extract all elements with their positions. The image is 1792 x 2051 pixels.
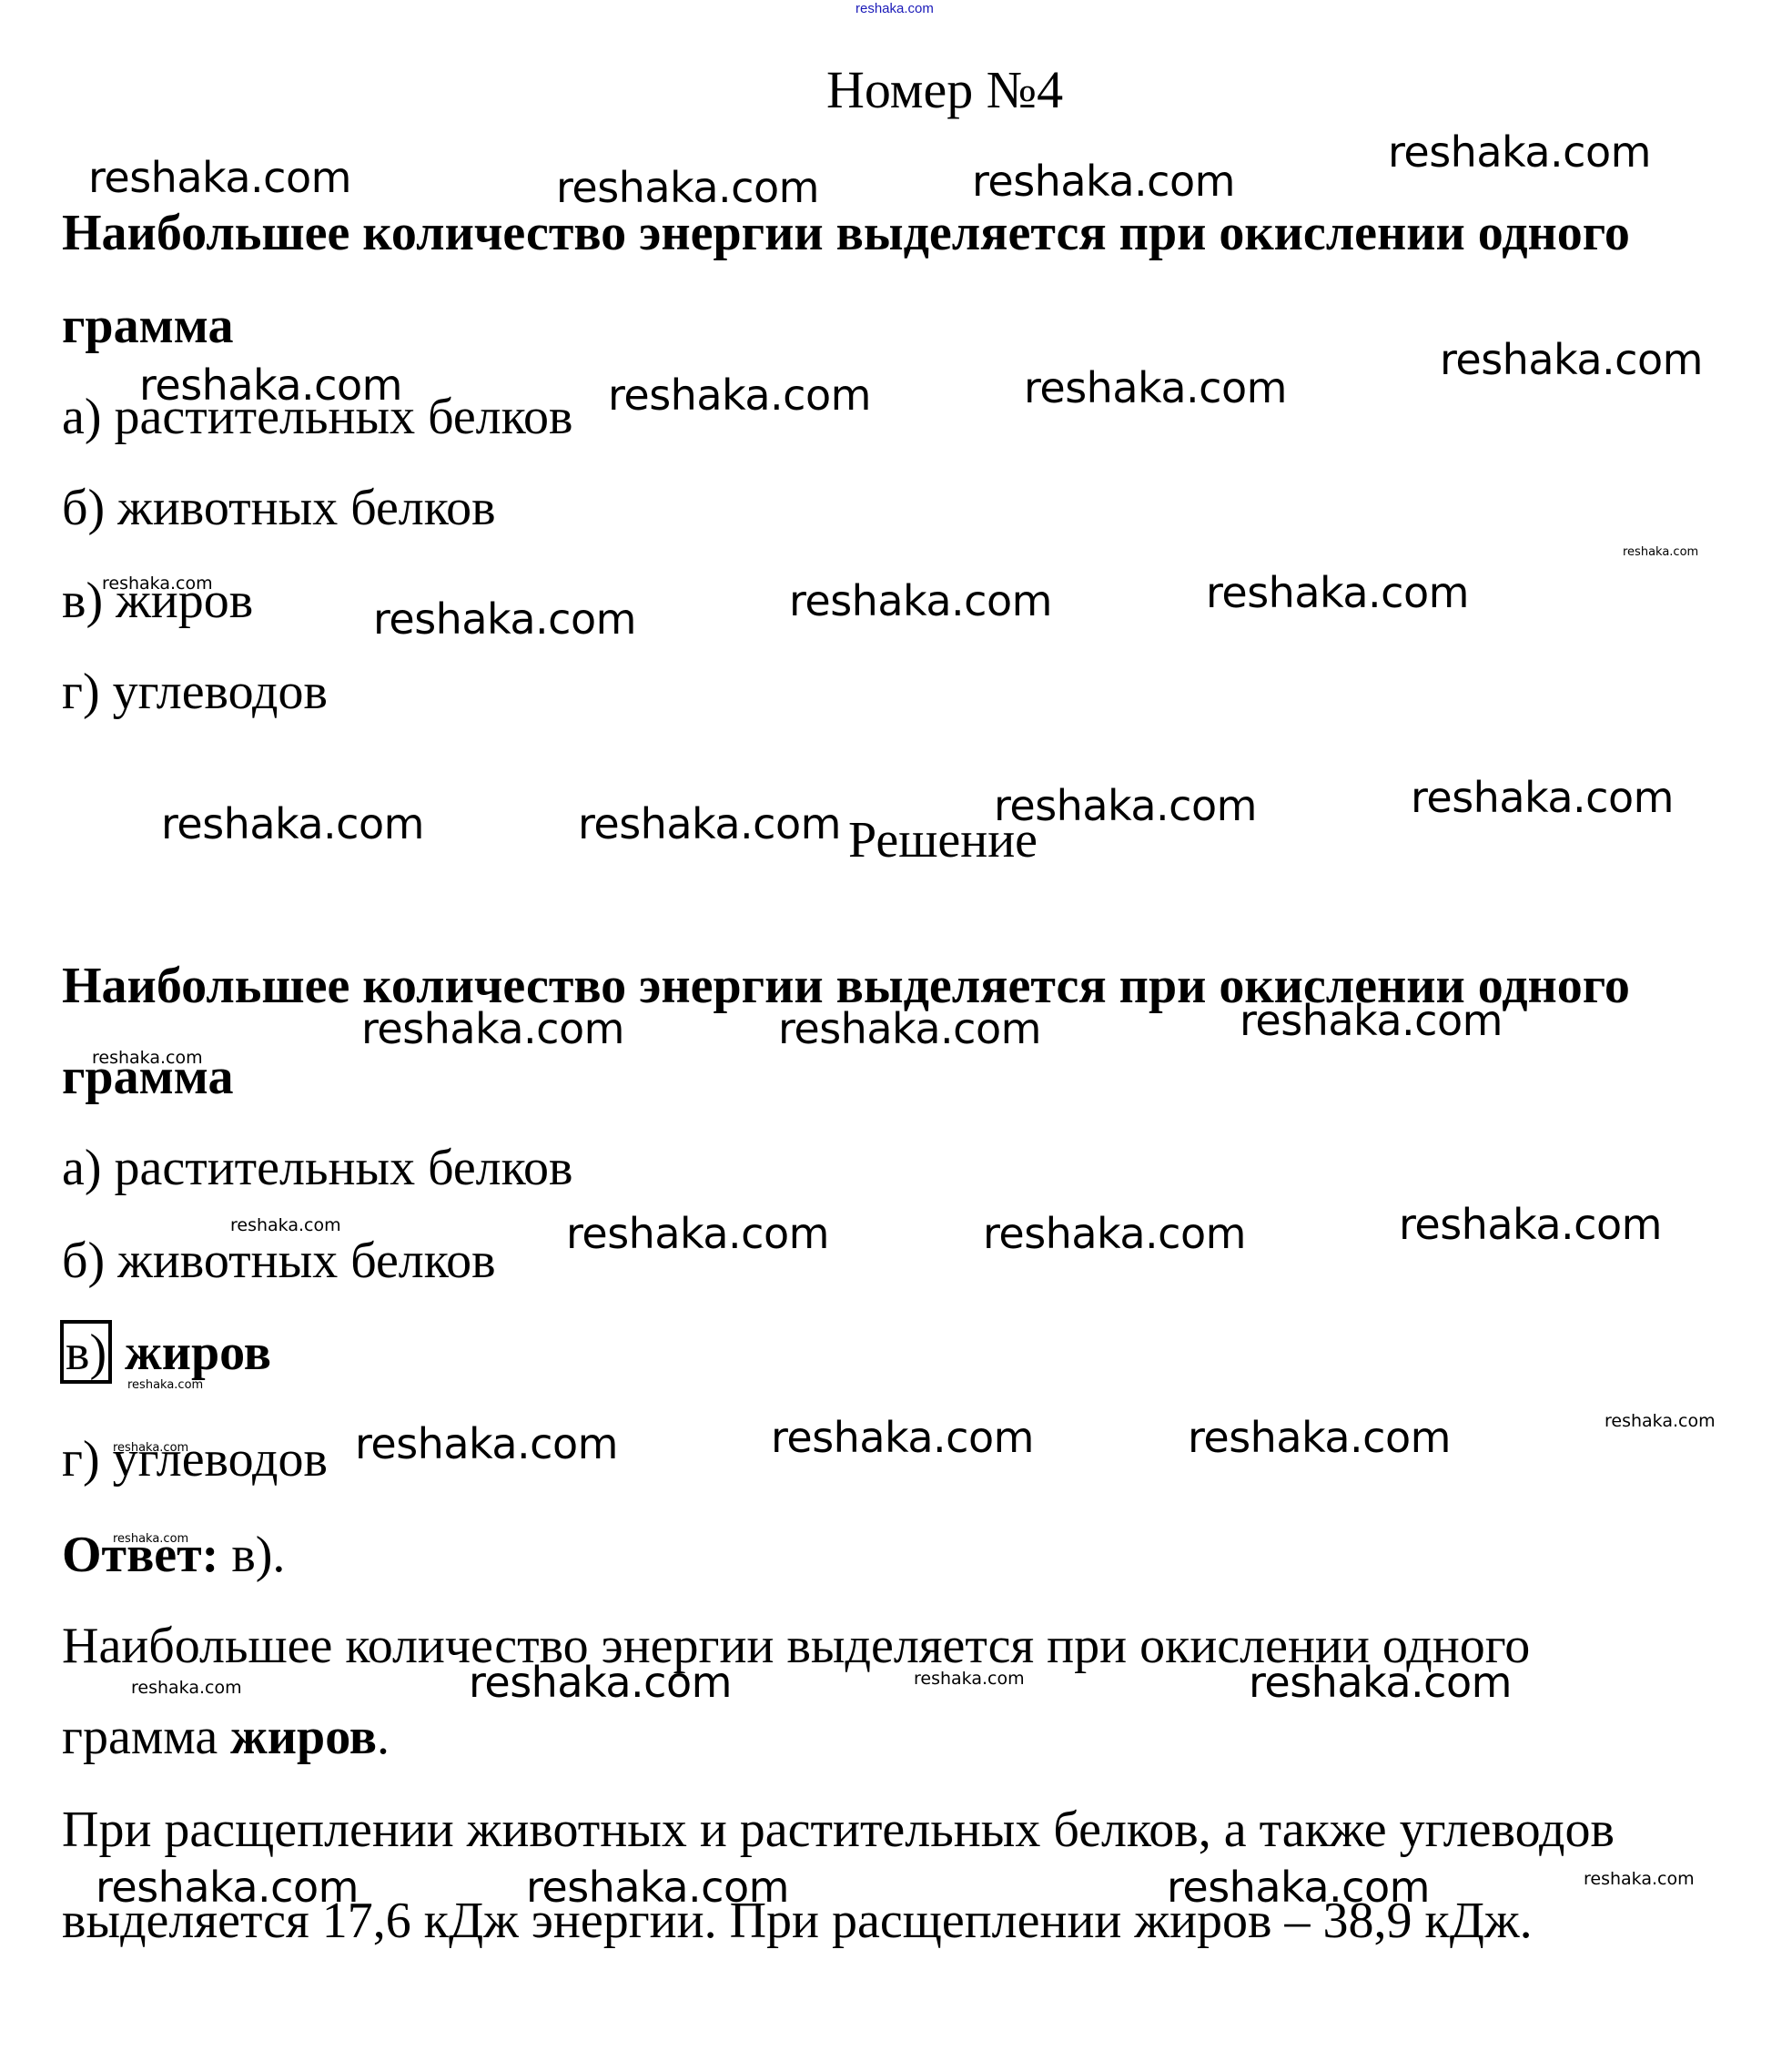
watermark: reshaka.com	[355, 1423, 618, 1465]
watermark: reshaka.com	[113, 1533, 188, 1545]
watermark: reshaka.com	[914, 1670, 1025, 1688]
explanation2-line1: При расщеплении животных и растительных …	[62, 1804, 1615, 1855]
watermark: reshaka.com	[1440, 339, 1703, 381]
selected-answer-box: в)	[60, 1320, 112, 1384]
watermark: reshaka.com	[566, 1213, 829, 1254]
option-text: животных белков	[117, 1233, 495, 1289]
watermark: reshaka.com	[1388, 131, 1651, 173]
watermark: reshaka.com	[1623, 546, 1698, 558]
watermark: reshaka.com	[373, 598, 636, 640]
watermark: reshaka.com	[578, 803, 841, 845]
question-option-b: б) животных белков	[62, 482, 496, 533]
watermark: reshaka.com	[789, 580, 1052, 622]
watermark: reshaka.com	[161, 803, 424, 845]
watermark: reshaka.com	[131, 1680, 242, 1697]
option-letter: б)	[62, 1233, 105, 1289]
watermark: reshaka.com	[994, 785, 1257, 827]
watermark: reshaka.com	[1188, 1416, 1451, 1458]
watermark: reshaka.com	[1206, 572, 1469, 614]
watermark: reshaka.com	[1605, 1413, 1716, 1430]
watermark: reshaka.com	[92, 1050, 203, 1067]
page-title: Номер №4	[826, 64, 1063, 117]
watermark: reshaka.com	[139, 364, 402, 406]
option-text: растительных белков	[115, 1140, 573, 1196]
watermark: reshaka.com	[469, 1661, 732, 1703]
option-letter: а)	[62, 1140, 102, 1196]
explanation-text: грамма	[62, 1709, 230, 1765]
option-text: углеводов	[113, 664, 328, 720]
watermark: reshaka.com	[608, 374, 871, 416]
option-letter: б)	[62, 480, 105, 536]
watermark: reshaka.com	[1167, 1866, 1430, 1908]
watermark: reshaka.com	[526, 1866, 789, 1908]
solution-option-c-selected: в) жиров	[60, 1320, 271, 1384]
solution-option-b: б) животных белков	[62, 1235, 496, 1286]
option-letter: в)	[62, 573, 103, 629]
explanation-bold-fats: жиров	[230, 1709, 377, 1765]
watermark: reshaka.com	[771, 1416, 1034, 1458]
watermark: reshaka.com	[102, 575, 213, 593]
watermark: reshaka.com	[1399, 1203, 1662, 1245]
question-prompt-line1: Наибольшее количество энергии выделяется…	[62, 208, 1630, 259]
option-letter: г)	[62, 664, 100, 720]
watermark: reshaka.com	[778, 1008, 1041, 1050]
question-prompt-line2: грамма	[62, 300, 233, 351]
option-text: углеводов	[113, 1431, 328, 1487]
watermark: reshaka.com	[1024, 367, 1287, 409]
header-watermark[interactable]: reshaka.com	[856, 2, 934, 15]
option-text: жиров	[125, 1325, 271, 1381]
question-option-d: г) углеводов	[62, 666, 328, 717]
watermark: reshaka.com	[361, 1008, 624, 1050]
watermark: reshaka.com	[127, 1379, 203, 1391]
watermark: reshaka.com	[96, 1866, 359, 1908]
option-letter: г)	[62, 1431, 100, 1487]
watermark: reshaka.com	[88, 157, 351, 198]
explanation-line2: грамма жиров.	[62, 1711, 390, 1762]
watermark: reshaka.com	[113, 1442, 188, 1454]
explanation-period: .	[377, 1709, 390, 1765]
watermark: reshaka.com	[556, 167, 819, 208]
solution-option-d: г) углеводов	[62, 1434, 328, 1485]
watermark: reshaka.com	[1411, 777, 1674, 818]
answer-value: в).	[231, 1527, 285, 1583]
watermark: reshaka.com	[1584, 1871, 1695, 1888]
option-text: животных белков	[117, 480, 495, 536]
watermark: reshaka.com	[983, 1213, 1246, 1254]
watermark: reshaka.com	[972, 160, 1235, 202]
watermark: reshaka.com	[230, 1217, 341, 1234]
watermark: reshaka.com	[1249, 1661, 1512, 1703]
option-letter: а)	[62, 389, 102, 445]
watermark: reshaka.com	[1240, 1000, 1503, 1041]
solution-option-a: а) растительных белков	[62, 1142, 572, 1193]
